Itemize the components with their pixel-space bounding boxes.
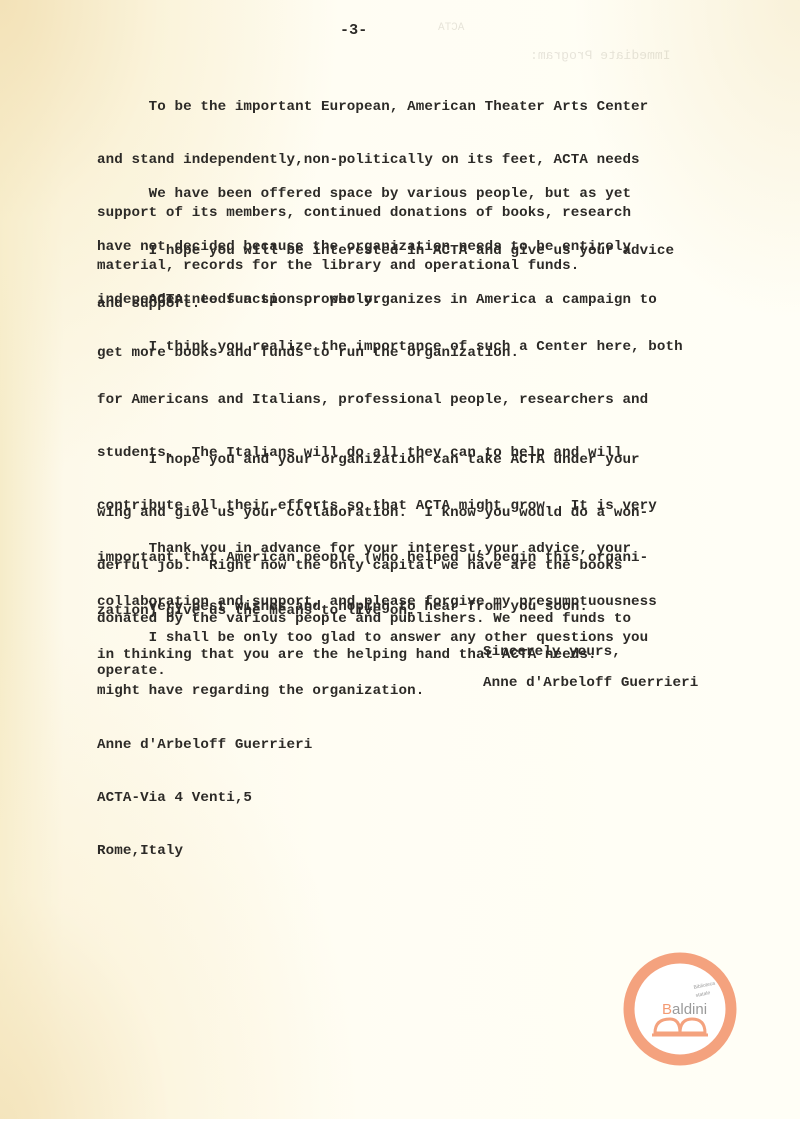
closing: Sincerely yours, <box>483 644 621 662</box>
show-through-text: Immediate Program: <box>530 48 670 63</box>
address-block: Anne d'Arbeloff Guerrieri ACTA-Via 4 Ven… <box>97 702 312 896</box>
text-line: To be the important European, American T… <box>97 99 648 117</box>
page-number: -3- <box>340 22 367 40</box>
show-through-text: ACTA <box>438 22 464 34</box>
svg-text:Baldini: Baldini <box>662 1001 707 1018</box>
text-line: We have been offered space by various pe… <box>97 186 631 204</box>
page-bottom-edge <box>0 1119 800 1131</box>
signature-name: Anne d'Arbeloff Guerrieri <box>483 675 698 693</box>
text-line: I think you realize the importance of su… <box>97 339 683 357</box>
address-line: ACTA-Via 4 Venti,5 <box>97 790 312 808</box>
text-line: Thank you in advance for your interest,y… <box>97 541 657 559</box>
baldini-stamp-icon: Biblioteca statale Baldini <box>622 951 738 1067</box>
text-line: I hope you and your organization can tak… <box>97 452 648 470</box>
text-line: for Americans and Italians, professional… <box>97 392 683 410</box>
library-stamp: Biblioteca statale Baldini <box>622 951 738 1067</box>
document-page: ACTA Immediate Program: -3- To be the im… <box>0 0 800 1131</box>
address-line: Anne d'Arbeloff Guerrieri <box>97 737 312 755</box>
address-line: Rome,Italy <box>97 843 312 861</box>
